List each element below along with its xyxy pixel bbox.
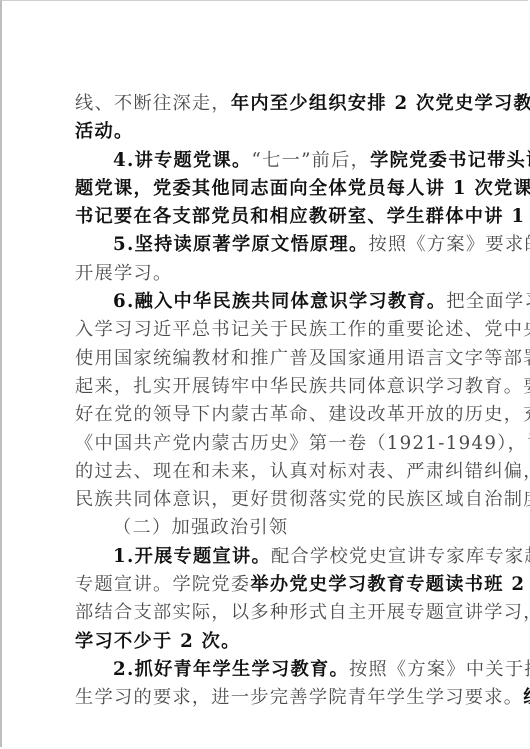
document-body: 线、不断往深走，年内至少组织安排 2 次党史学习教育主题党日活动。4.讲专题党课… [75, 90, 467, 713]
text-run: 开展学习。 [75, 263, 172, 284]
text-line: 的过去、现在和未来，认真对标对表、严肃纠错纠偏，铸牢中华 [75, 458, 467, 486]
text-run: 线、不断往深走， [75, 93, 231, 114]
bold-text-run: 4.讲专题党课。 [113, 150, 252, 171]
text-line: 开展学习。 [75, 260, 467, 288]
text-line: 民族共同体意识，更好贯彻落实党的民族区域自治制度。 [75, 486, 467, 514]
text-run: 使用国家统编教材和推广普及国家通用语言文字等部署要求贯通 [75, 348, 530, 369]
text-run: 的过去、现在和未来，认真对标对表、严肃纠错纠偏，铸牢中华 [75, 461, 530, 482]
bold-text-run: 1.开展专题宣讲。 [113, 546, 271, 567]
text-run: 配合学校党史宣讲专家库专家赴学院开展 [271, 546, 530, 567]
text-line: 生学习的要求，进一步完善学院青年学生学习要求。组织青年学 [75, 684, 467, 712]
text-run: 部结合支部实际，以多种形式自主开展专题宣讲学习， [75, 602, 530, 623]
text-line: 《中国共产党内蒙古历史》第一卷（1921-1949），讲清楚内蒙古 [75, 430, 467, 458]
text-run: 按照《方案》要求的学习内容 [368, 234, 530, 255]
text-line: 4.讲专题党课。“七一”前后，学院党委书记带头讲 1 次专 [75, 147, 467, 175]
bold-text-run: 年内至少组织安排 2 次党史学习教育主题党日 [231, 93, 530, 114]
text-line: 5.坚持读原著学原文悟原理。按照《方案》要求的学习内容 [75, 231, 467, 259]
text-run: “七一”前后， [252, 150, 371, 171]
text-line: 线、不断往深走，年内至少组织安排 2 次党史学习教育主题党日 [75, 90, 467, 118]
bold-text-run: 书记要在各支部党员和相应教研室、学生群体中讲 1 次党课。 [75, 206, 530, 227]
text-run: 好在党的领导下内蒙古革命、建设改革开放的历史，充分利用好 [75, 404, 530, 425]
text-run: 民族共同体意识，更好贯彻落实党的民族区域自治制度。 [75, 489, 530, 510]
bold-text-run: 2.抓好青年学生学习教育。 [113, 659, 349, 680]
bold-text-run: 题党课，党委其他同志面向全体党员每人讲 1 次党课。各党支部 [75, 178, 530, 199]
text-run: 专题宣讲。学院党委 [75, 574, 250, 595]
text-line: 入学习习近平总书记关于民族工作的重要论述、党中央关于推行 [75, 316, 467, 344]
text-run: （二）加强政治引领 [113, 517, 288, 538]
text-run: 把全面学习党史与深 [446, 291, 530, 312]
text-run: 生学习的要求，进一步完善学院青年学生学习要求。 [75, 687, 523, 708]
text-line: 6.融入中华民族共同体意识学习教育。把全面学习党史与深 [75, 288, 467, 316]
text-line: 书记要在各支部党员和相应教研室、学生群体中讲 1 次党课。 [75, 203, 467, 231]
text-run: 入学习习近平总书记关于民族工作的重要论述、党中央关于推行 [75, 319, 530, 340]
text-line: 活动。 [75, 118, 467, 146]
text-line: 专题宣讲。学院党委举办党史学习教育专题读书班 2 次，各党支 [75, 571, 467, 599]
text-line: 题党课，党委其他同志面向全体党员每人讲 1 次党课。各党支部 [75, 175, 467, 203]
text-line: 1.开展专题宣讲。配合学校党史宣讲专家库专家赴学院开展 [75, 543, 467, 571]
text-line: 2.抓好青年学生学习教育。按照《方案》中关于抓好青年学 [75, 656, 467, 684]
text-line: 起来，扎实开展铸牢中华民族共同体意识学习教育。要宣传阐释 [75, 373, 467, 401]
text-line: （二）加强政治引领 [75, 514, 467, 542]
bold-text-run: 学院党委书记带头讲 1 次专 [370, 150, 530, 171]
bold-text-run: 6.融入中华民族共同体意识学习教育。 [113, 291, 446, 312]
bold-text-run: 举办党史学习教育专题读书班 2 次 [250, 574, 530, 595]
bold-text-run: 学习不少于 2 次。 [75, 631, 241, 652]
text-run: 起来，扎实开展铸牢中华民族共同体意识学习教育。要宣传阐释 [75, 376, 530, 397]
bold-text-run: 5.坚持读原著学原文悟原理。 [113, 234, 368, 255]
text-run: 《中国共产党内蒙古历史》第一卷（1921-1949），讲清楚内蒙古 [75, 433, 530, 454]
text-line: 学习不少于 2 次。 [75, 628, 467, 656]
text-line: 部结合支部实际，以多种形式自主开展专题宣讲学习，专题宣讲 [75, 599, 467, 627]
text-run: 按照《方案》中关于抓好青年学 [349, 659, 530, 680]
text-line: 好在党的领导下内蒙古革命、建设改革开放的历史，充分利用好 [75, 401, 467, 429]
bold-text-run: 组织青年学 [523, 687, 530, 708]
bold-text-run: 活动。 [75, 121, 133, 142]
text-line: 使用国家统编教材和推广普及国家通用语言文字等部署要求贯通 [75, 345, 467, 373]
document-page: 线、不断往深走，年内至少组织安排 2 次党史学习教育主题党日活动。4.讲专题党课… [0, 0, 528, 747]
